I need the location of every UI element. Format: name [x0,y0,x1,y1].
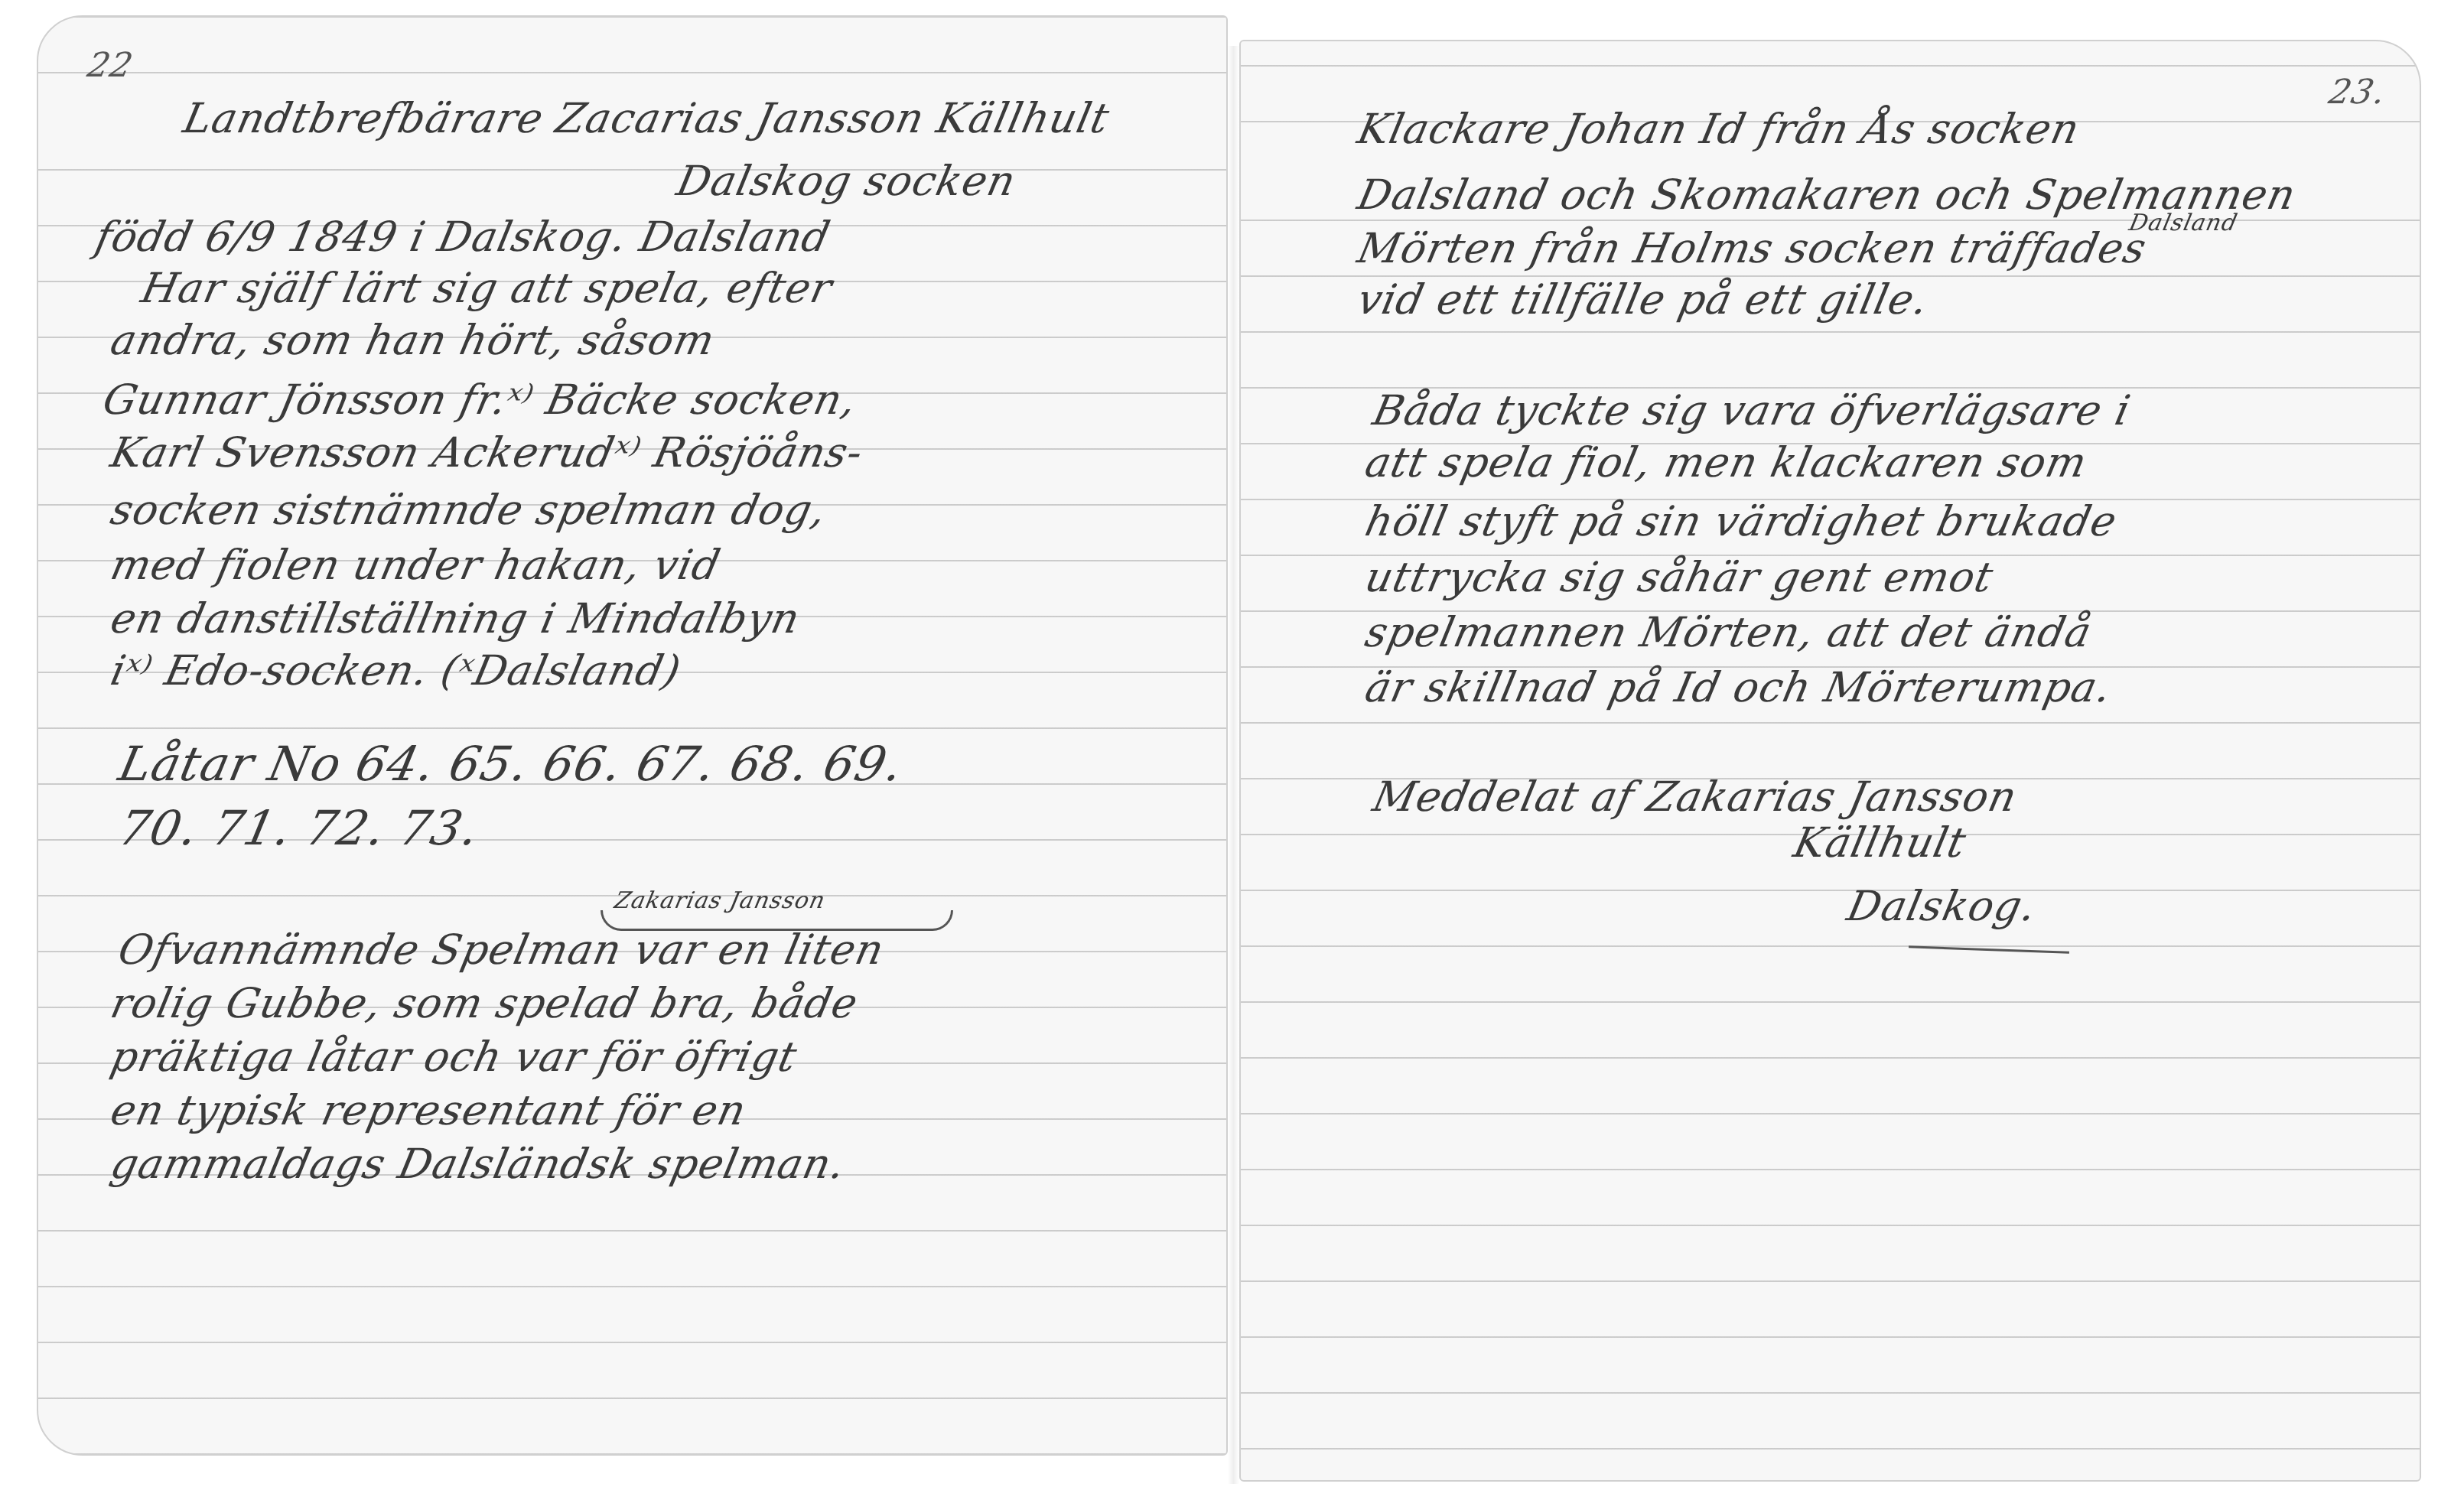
handwritten-line: präktiga låtar och var för öfrigt [107,1036,801,1078]
handwritten-line-tune-numbers: Låtar No 64. 65. 66. 67. 68. 69. [115,740,907,788]
handwritten-line: Har själf lärt sig att spela, efter [138,268,836,309]
handwritten-line: uttrycka sig såhär gent emot [1362,557,1997,598]
handwritten-line: Båda tyckte sig vara öfverlägsare i [1369,390,2134,431]
handwritten-line: gammaldags Dalsländsk spelman. [107,1144,849,1185]
handwritten-line: rolig Gubbe, som spelad bra, både [107,983,862,1024]
handwritten-line: socken sistnämnde spelman dog, [107,490,830,531]
handwritten-line: iˣ⁾ Edo-socken. (ˣDalsland) [107,650,685,691]
page-number-right: 23. [2326,73,2390,112]
handwritten-line: Dalskog socken [673,161,1020,202]
handwritten-signature-line: Dalskog. [1844,886,2040,927]
handwritten-line: en typisk representant för en [107,1090,750,1131]
handwritten-signature-line: Meddelat af Zakarias Jansson [1369,776,2021,818]
handwritten-line: spelmannen Mörten, att det ändå [1362,612,2095,653]
handwritten-line: Karl Svensson Ackerudˣ⁾ Rösjöåns- [107,432,867,473]
handwritten-line: Klackare Johan Id från Ås socken [1354,109,2083,150]
handwritten-line: Ofvannämnde Spelman var en liten [115,929,888,971]
handwritten-line: höll styft på sin värdighet brukade [1362,501,2121,542]
page-number-left: 22 [84,46,137,85]
handwritten-line: Landtbrefbärare Zacarias Jansson Källhul… [180,98,1113,139]
handwritten-line: att spela fiol, men klackaren som [1362,442,2091,483]
handwritten-line: född 6/9 1849 i Dalskog. Dalsland [92,216,834,258]
handwritten-signature-line: Källhult [1790,822,1970,864]
book-gutter [1228,46,1239,1484]
handwritten-line-tune-numbers: 70. 71. 72. 73. [115,805,483,852]
handwritten-line: andra, som han hört, såsom [107,320,718,361]
handwritten-line: vid ett tillfälle på ett gille. [1354,279,1932,320]
handwritten-line: Mörten från Holms socken träffades [1354,228,2150,269]
handwritten-line: en danstillställning i Mindalbyn [107,598,804,639]
handwritten-line: Gunnar Jönsson fr.ˣ⁾ Bäcke socken, [99,379,861,421]
handwritten-line: med fiolen under hakan, vid [107,545,724,586]
handwritten-line: är skillnad på Id och Mörterumpa. [1362,667,2115,708]
